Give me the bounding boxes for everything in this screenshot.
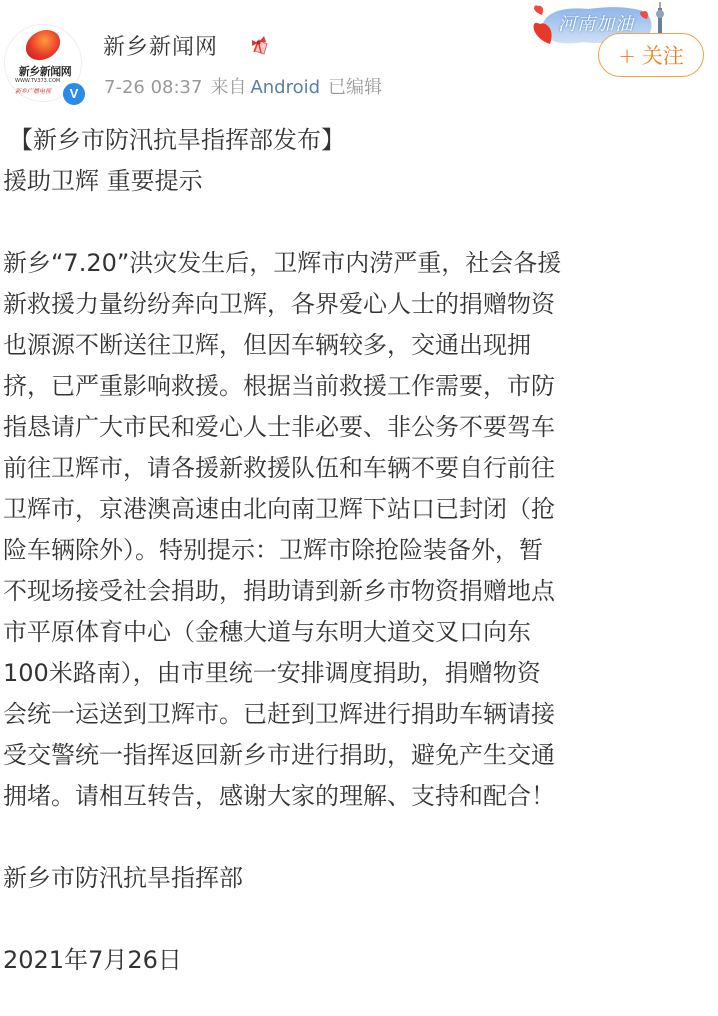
source-prefix: 来自 [210, 77, 246, 98]
follow-button[interactable]: +关注 [598, 33, 704, 77]
avatar-logo-slogan: 新乡广播电视 [15, 86, 51, 95]
post-meta: 7-26 08:37来自Android已编辑 [104, 73, 390, 99]
post-subtitle: 援助卫辉 重要提示 [3, 161, 715, 202]
logo-emblem-icon [20, 24, 65, 66]
paragraph-line: 新救援力量纷纷奔向卫辉，各界爱心人士的捐赠物资 [3, 284, 715, 325]
spacer [3, 202, 715, 243]
post-signature: 新乡市防汛抗旱指挥部 [3, 858, 715, 899]
paragraph-line: 险车辆除外）。特别提示：卫辉市除抢险装备外，暂 [3, 530, 715, 571]
paragraph-line: 拥堵。请相互转告，感谢大家的理解、支持和配合！ [3, 776, 715, 817]
paragraph-line: 新乡“7.20”洪灾发生后，卫辉市内涝严重，社会各援 [3, 243, 715, 284]
paragraph-line: 卫辉市，京港澳高速由北向南卫辉下站口已封闭（抢 [3, 489, 715, 530]
spacer [3, 817, 715, 858]
paragraph-line: 也源源不断送往卫辉，但因车辆较多，交通出现拥 [3, 325, 715, 366]
paragraph-line: 100米路南），由市里统一安排调度捐助，捐赠物资 [3, 653, 715, 694]
paragraph-line: 指恳请广大市民和爱心人士非必要、非公务不要驾车 [3, 407, 715, 448]
avatar-logo-url: WWW.TV373.COM [15, 78, 60, 84]
paragraph-line: 受交警统一指挥返回新乡市进行捐助，避免产生交通 [3, 735, 715, 776]
verified-badge-icon: V [61, 81, 87, 107]
paragraph-line: 会统一运送到卫辉市。已赶到卫辉进行捐助车辆请接 [3, 694, 715, 735]
edited-label[interactable]: 已编辑 [328, 77, 382, 98]
paragraph-line: 不现场接受社会捐助，捐助请到新乡市物资捐赠地点 [3, 571, 715, 612]
paragraph-line: 前往卫辉市，请各援新救援队伍和车辆不要自行前往 [3, 448, 715, 489]
follow-label: 关注 [642, 44, 684, 68]
post-timestamp: 7-26 08:37 [104, 77, 202, 98]
paragraph-line: 挤，已严重影响救援。根据当前救援工作需要，市防 [3, 366, 715, 407]
post-paragraph: 新乡“7.20”洪灾发生后，卫辉市内涝严重，社会各援 新救援力量纷纷奔向卫辉，各… [3, 243, 715, 817]
source-link[interactable]: Android [250, 77, 320, 98]
paragraph-line: 市平原体育中心（金穗大道与东明大道交叉口向东 [3, 612, 715, 653]
author-name[interactable]: 新乡新闻网 [103, 30, 218, 61]
post-header: 新乡新闻网 WWW.TV373.COM 新乡广播电视 V 新乡新闻网 7-26 … [0, 0, 718, 110]
avatar-logo-text: 新乡新闻网 [13, 63, 77, 79]
post-body: 【新乡市防汛抗旱指挥部发布】 援助卫辉 重要提示 新乡“7.20”洪灾发生后，卫… [3, 120, 715, 981]
bow-bell-icon [247, 34, 273, 58]
avatar[interactable]: 新乡新闻网 WWW.TV373.COM 新乡广播电视 V [4, 24, 82, 102]
spacer [3, 899, 715, 940]
post-title: 【新乡市防汛抗旱指挥部发布】 [9, 120, 715, 161]
plus-icon: + [618, 44, 636, 68]
post-date: 2021年7月26日 [3, 940, 715, 981]
